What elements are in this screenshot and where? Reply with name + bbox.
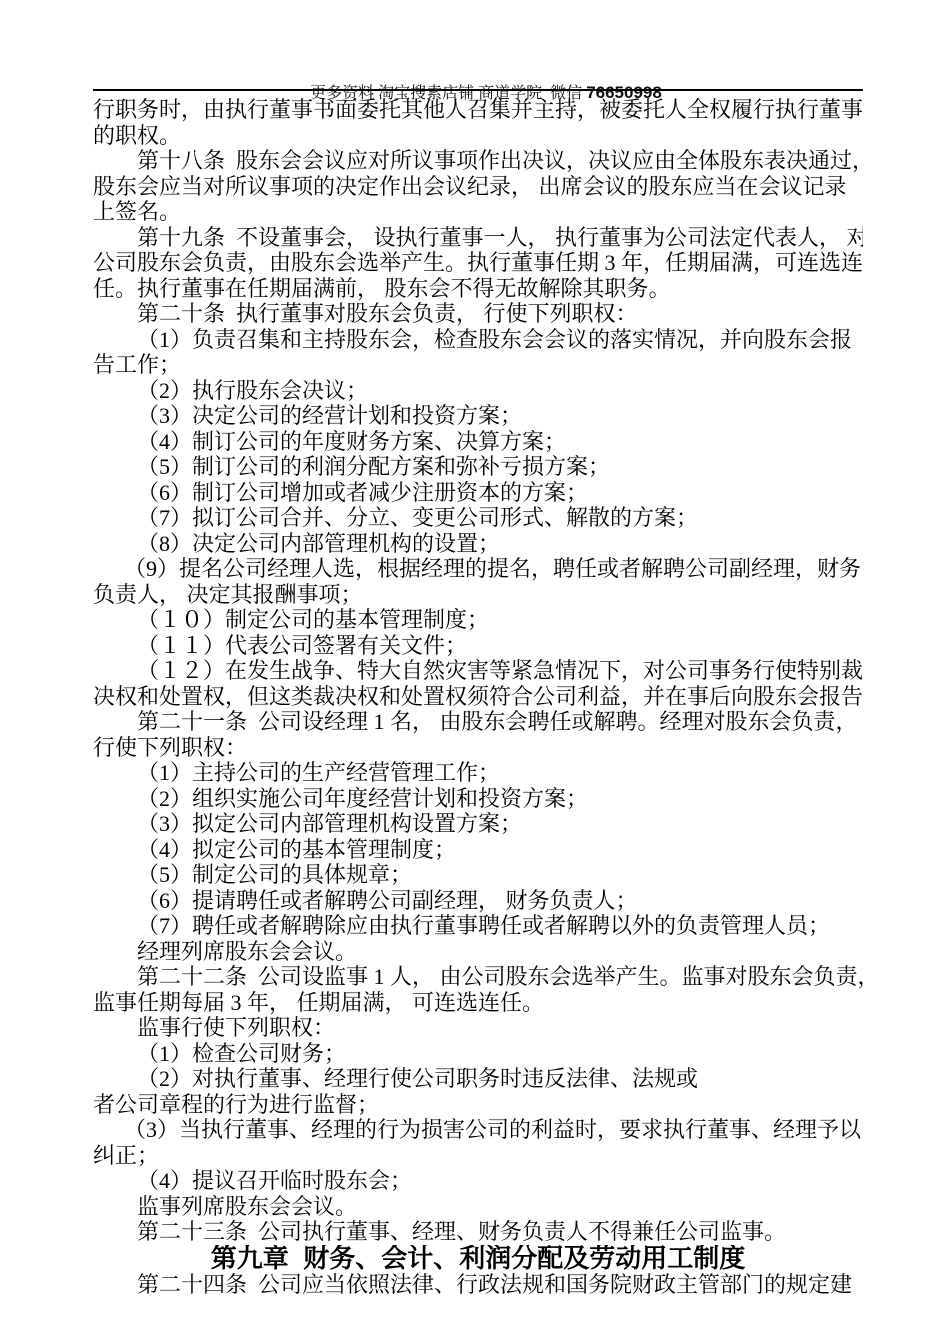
text-line: 监事任期每届 3 年， 任期届满， 可连选连任。: [93, 990, 863, 1016]
text-line: （2）对执行董事、经理行使公司职务时违反法律、法规或: [93, 1066, 863, 1092]
text-line: 第十八条 股东会会议应对所议事项作出决议，决议应由全体股东表决通过，: [93, 148, 863, 174]
text-line: （1）主持公司的生产经营管理工作；: [93, 760, 863, 786]
text-line: 任。执行董事在任期届满前， 股东会不得无故解除其职务。: [93, 276, 863, 302]
text-line: （4）制订公司的年度财务方案、决算方案；: [93, 429, 863, 455]
text-line: 第二十条 执行董事对股东会负责， 行使下列职权：: [93, 301, 863, 327]
text-line: 行使下列职权：: [93, 735, 863, 761]
header-divider: [93, 89, 863, 91]
text-line: 的职权。: [93, 123, 863, 149]
text-line: （2）执行股东会决议；: [93, 378, 863, 404]
text-line: （7）拟订公司合并、分立、变更公司形式、解散的方案；: [93, 505, 863, 531]
text-line: （1）检查公司财务；: [93, 1041, 863, 1067]
text-line: 第二十四条 公司应当依照法律、行政法规和国务院财政主管部门的规定建: [93, 1272, 863, 1298]
text-line: （2）组织实施公司年度经营计划和投资方案；: [93, 786, 863, 812]
text-line: （5）制定公司的具体规章；: [93, 862, 863, 888]
text-line: （3）当执行董事、经理的行为损害公司的利益时，要求执行董事、经理予以: [93, 1117, 863, 1143]
text-line: 行职务时，由执行董事书面委托其他人召集并主持，被委托人全权履行执行董事: [93, 97, 863, 123]
text-line: （１１）代表公司签署有关文件；: [93, 633, 863, 659]
text-line: （5）制订公司的利润分配方案和弥补亏损方案；: [93, 454, 863, 480]
text-line: 决权和处置权，但这类裁决权和处置权须符合公司利益，并在事后向股东会报告；: [93, 684, 863, 710]
text-line: 第十九条 不设董事会， 设执行董事一人， 执行董事为公司法定代表人， 对: [93, 225, 863, 251]
text-line: 第二十二条 公司设监事 1 人， 由公司股东会选举产生。监事对股东会负责，: [93, 964, 863, 990]
text-line: 负责人， 决定其报酬事项；: [93, 582, 863, 608]
text-line: （１２）在发生战争、特大自然灾害等紧急情况下，对公司事务行使特别裁: [93, 658, 863, 684]
text-line: 第二十三条 公司执行董事、经理、财务负责人不得兼任公司监事。: [93, 1219, 863, 1245]
text-line: 第二十一条 公司设经理 1 名， 由股东会聘任或解聘。经理对股东会负责，: [93, 709, 863, 735]
text-line: （4）拟定公司的基本管理制度；: [93, 837, 863, 863]
text-line: （8）决定公司内部管理机构的设置；: [93, 531, 863, 557]
text-line: （6）制订公司增加或者减少注册资本的方案；: [93, 480, 863, 506]
text-line: （6）提请聘任或者解聘公司副经理， 财务负责人；: [93, 888, 863, 914]
chapter-heading: 第九章 财务、会计、利润分配及劳动用工制度: [93, 1245, 863, 1272]
text-line: （1）负责召集和主持股东会，检查股东会会议的落实情况，并向股东会报: [93, 327, 863, 353]
text-line: 股东会应当对所议事项的决定作出会议纪录， 出席会议的股东应当在会议记录: [93, 174, 863, 200]
text-line: 公司股东会负责，由股东会选举产生。执行董事任期 3 年，任期届满，可连选连: [93, 250, 863, 276]
text-line: （7）聘任或者解聘除应由执行董事聘任或者解聘以外的负责管理人员；: [93, 913, 863, 939]
text-line: （１０）制定公司的基本管理制度；: [93, 607, 863, 633]
text-line: （4）提议召开临时股东会；: [93, 1168, 863, 1194]
text-line: （9）提名公司经理人选，根据经理的提名，聘任或者解聘公司副经理，财务: [93, 556, 863, 582]
text-line: 告工作；: [93, 352, 863, 378]
text-line: 经理列席股东会会议。: [93, 939, 863, 965]
text-line: 监事行使下列职权：: [93, 1015, 863, 1041]
text-line: 监事列席股东会会议。: [93, 1194, 863, 1220]
document-body: 行职务时，由执行董事书面委托其他人召集并主持，被委托人全权履行执行董事的职权。第…: [93, 97, 863, 1297]
text-line: 者公司章程的行为进行监督；: [93, 1092, 863, 1118]
text-line: （3）拟定公司内部管理机构设置方案；: [93, 811, 863, 837]
document-page: 更多资料 淘宝搜索店铺 商道学院 微信 76650998 行职务时，由执行董事书…: [0, 0, 950, 1344]
text-line: 上签名。: [93, 199, 863, 225]
text-line: （3）决定公司的经营计划和投资方案；: [93, 403, 863, 429]
text-line: 纠正；: [93, 1143, 863, 1169]
